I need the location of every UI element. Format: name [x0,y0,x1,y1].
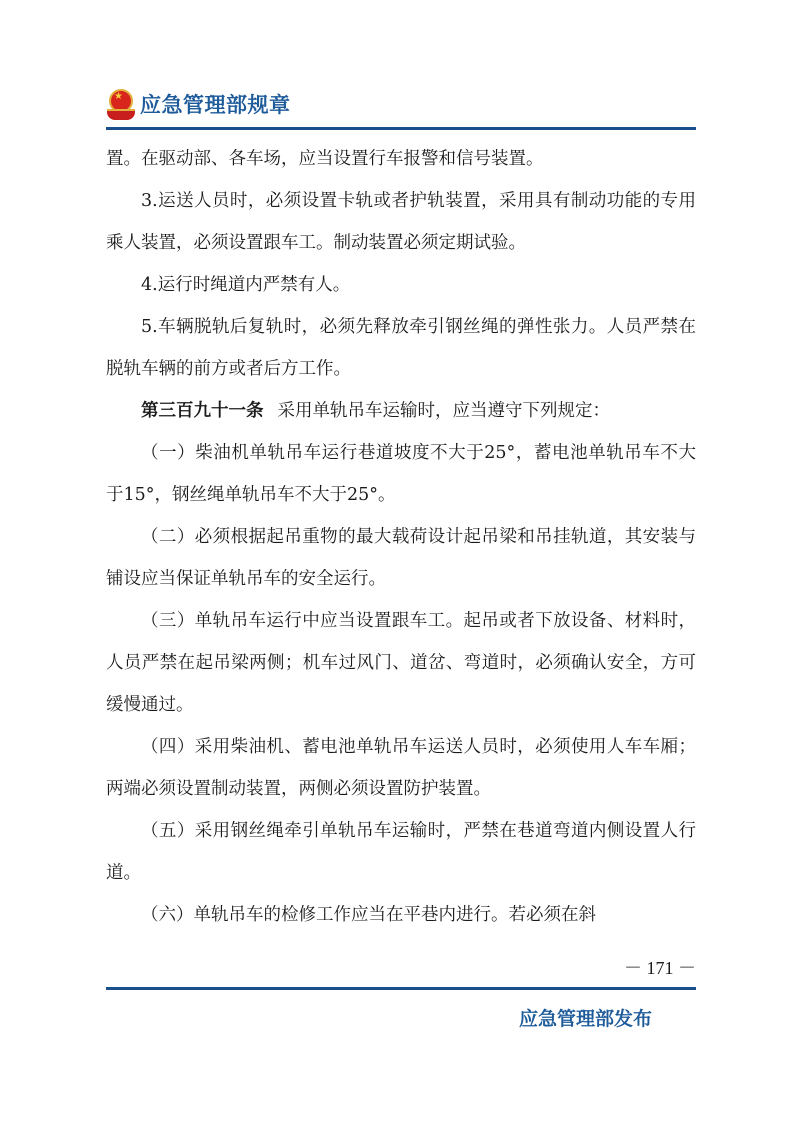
footer-divider [106,987,696,990]
article-heading: 第三百九十一条 [141,401,264,421]
paragraph: （五）采用钢丝绳牵引单轨吊车运输时，严禁在巷道弯道内侧设置人行道。 [106,810,696,894]
paragraph: 4.运行时绳道内严禁有人。 [106,264,696,306]
paragraph: （四）采用柴油机、蓄电池单轨吊车运送人员时，必须使用人车车厢；两端必须设置制动装… [106,726,696,810]
paragraph: （六）单轨吊车的检修工作应当在平巷内进行。若必须在斜 [106,894,696,936]
paragraph: 5.车辆脱轨后复轨时，必须先释放牵引钢丝绳的弹性张力。人员严禁在脱轨车辆的前方或… [106,306,696,390]
footer-publisher: 应急管理部发布 [519,1004,652,1031]
paragraph: （一）柴油机单轨吊车运行巷道坡度不大于25°，蓄电池单轨吊车不大于15°，钢丝绳… [106,432,696,516]
article-text: 采用单轨吊车运输时，应当遵守下列规定： [278,401,611,421]
header-divider [106,127,696,130]
header-title: 应急管理部规章 [140,89,291,119]
paragraph: 置。在驱动部、各车场，应当设置行车报警和信号装置。 [106,138,696,180]
national-emblem-icon: ★ [106,88,136,120]
page-number: － 171 － [624,954,696,980]
document-body: 置。在驱动部、各车场，应当设置行车报警和信号装置。 3.运送人员时，必须设置卡轨… [106,138,696,936]
article-paragraph: 第三百九十一条采用单轨吊车运输时，应当遵守下列规定： [106,390,696,432]
page-header: ★ 应急管理部规章 [106,84,291,124]
paragraph: 3.运送人员时，必须设置卡轨或者护轨装置，采用具有制动功能的专用乘人装置，必须设… [106,180,696,264]
paragraph: （二）必须根据起吊重物的最大载荷设计起吊梁和吊挂轨道，其安装与铺设应当保证单轨吊… [106,516,696,600]
paragraph: （三）单轨吊车运行中应当设置跟车工。起吊或者下放设备、材料时，人员严禁在起吊梁两… [106,600,696,726]
